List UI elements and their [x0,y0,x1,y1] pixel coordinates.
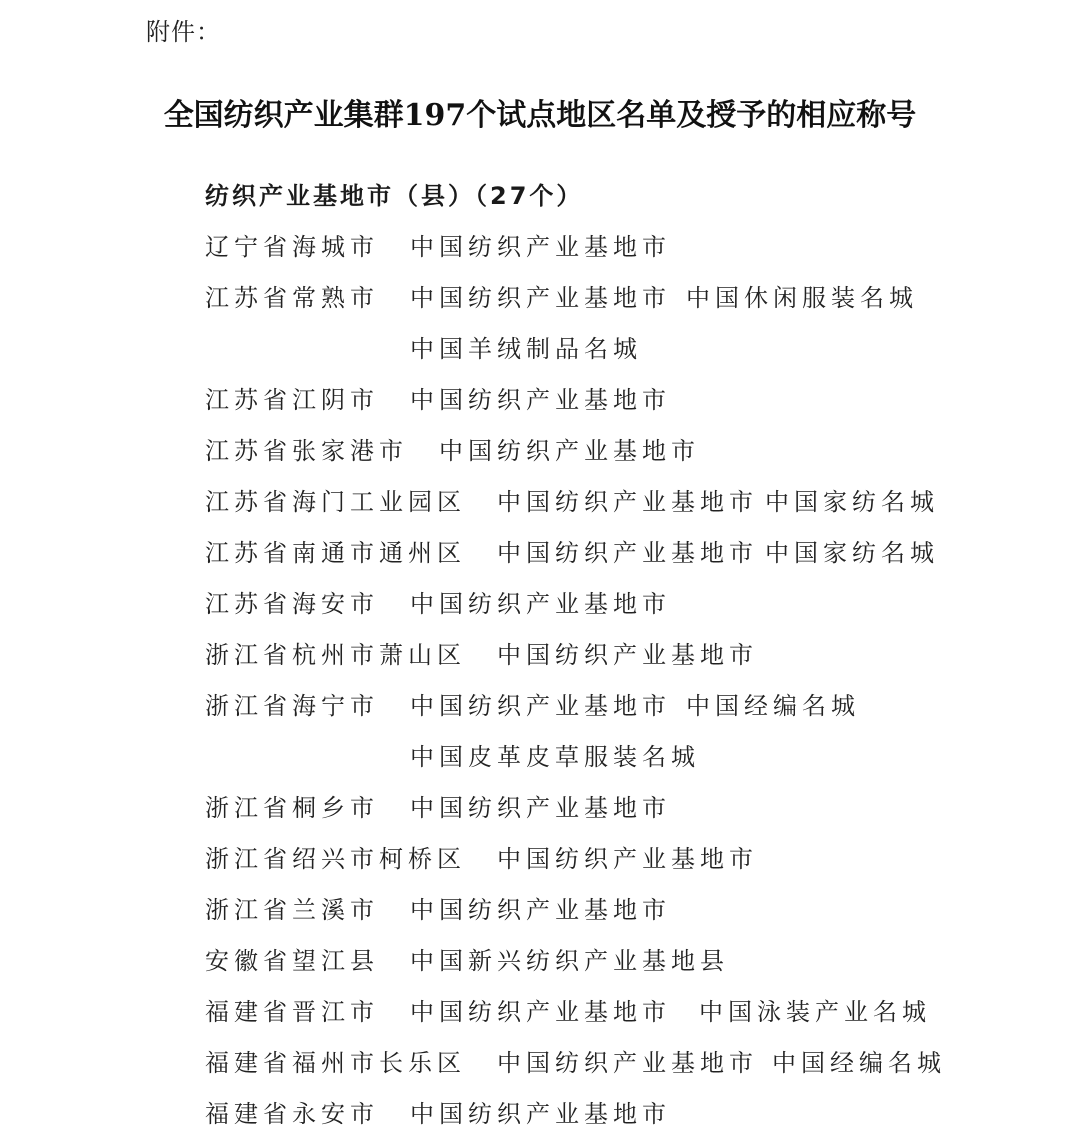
location: 安徽省望江县 [205,941,379,981]
title-1: 中国纺织产业基地市 [410,380,671,420]
title-1: 中国纺织产业基地市 [410,584,671,624]
location: 江苏省海安市 [205,584,379,624]
title-1: 中国纺织产业基地市 [497,1043,758,1083]
title-1: 中国纺织产业基地市 [410,890,671,930]
title-1: 中国纺织产业基地市 [410,227,671,267]
location: 福建省晋江市 [205,992,379,1032]
attachment-label: 附件： [146,14,221,50]
title-1: 中国纺织产业基地市 [410,686,671,726]
location: 江苏省南通市通州区 [205,533,466,573]
title-1: 中国纺织产业基地市 [497,839,758,879]
title-1: 中国纺织产业基地市 [439,431,700,471]
location: 浙江省绍兴市柯桥区 [205,839,466,879]
location: 江苏省常熟市 [205,278,379,318]
title-1: 中国纺织产业基地市 [497,635,758,675]
title-2: 中国家纺名城 [765,533,939,573]
title-continuation: 中国羊绒制品名城 [410,329,642,369]
location: 浙江省兰溪市 [205,890,379,930]
section-heading: 纺织产业基地市（县）（27个） [205,176,583,216]
title-1: 中国新兴纺织产业基地县 [410,941,729,981]
location: 浙江省桐乡市 [205,788,379,828]
title-2: 中国家纺名城 [765,482,939,522]
location: 浙江省杭州市萧山区 [205,635,466,675]
title-2: 中国经编名城 [686,686,860,726]
title-2: 中国泳装产业名城 [699,992,931,1032]
location: 福建省永安市 [205,1094,379,1134]
title-1: 中国纺织产业基地市 [410,788,671,828]
location: 辽宁省海城市 [205,227,379,267]
document-title: 全国纺织产业集群197个试点地区名单及授予的相应称号 [0,96,1080,136]
location: 江苏省江阴市 [205,380,379,420]
title-1: 中国纺织产业基地市 [497,482,758,522]
title-continuation: 中国皮革皮草服装名城 [410,737,700,777]
title-1: 中国纺织产业基地市 [410,1094,671,1134]
title-1: 中国纺织产业基地市 [410,992,671,1032]
title-2: 中国休闲服装名城 [686,278,918,318]
title-1: 中国纺织产业基地市 [410,278,671,318]
location: 福建省福州市长乐区 [205,1043,466,1083]
title-1: 中国纺织产业基地市 [497,533,758,573]
location: 江苏省张家港市 [205,431,408,471]
location: 浙江省海宁市 [205,686,379,726]
title-2: 中国经编名城 [772,1043,946,1083]
location: 江苏省海门工业园区 [205,482,466,522]
